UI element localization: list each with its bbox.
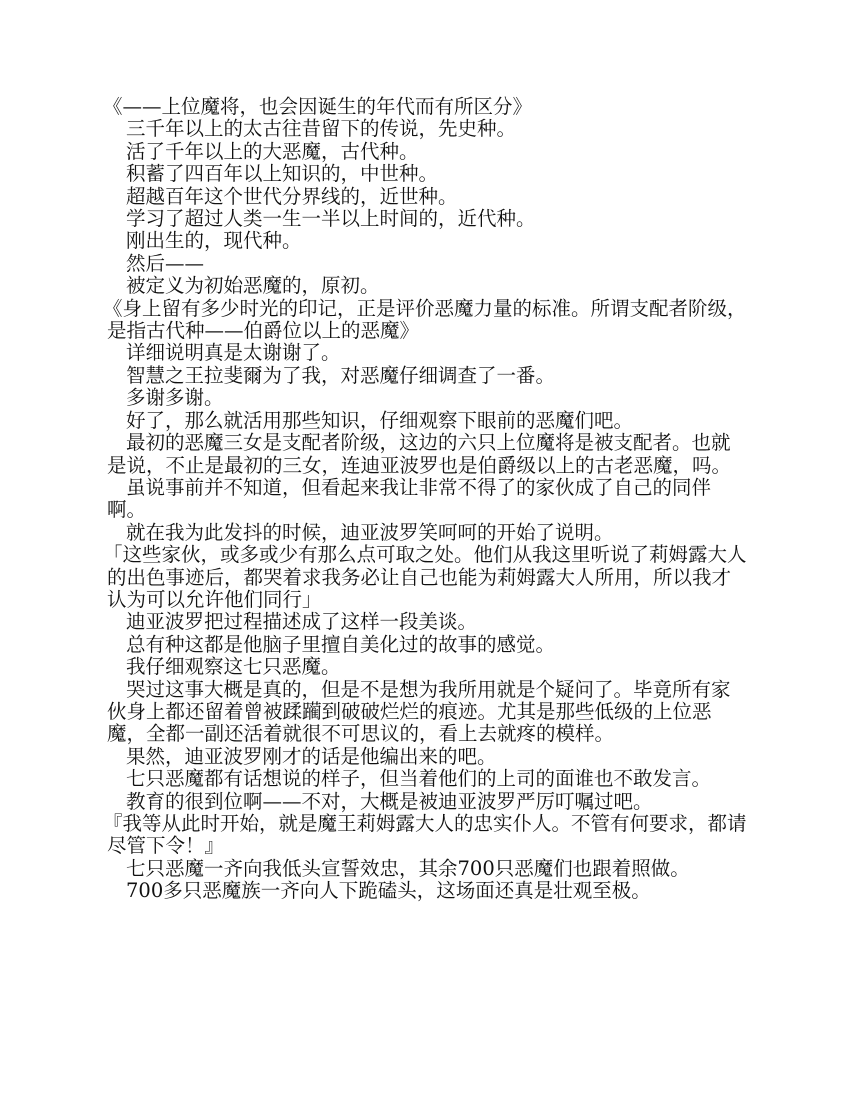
paragraph: 三千年以上的太古往昔留下的传说，先史种。 <box>107 118 747 140</box>
paragraph: 七只恶魔一齐向我低头宣誓效忠，其余700只恶魔们也跟着照做。 <box>107 858 747 880</box>
paragraph: 我仔细观察这七只恶魔。 <box>107 656 747 678</box>
paragraph: 详细说明真是太谢谢了。 <box>107 342 747 364</box>
paragraph: 700多只恶魔族一齐向人下跪磕头，这场面还真是壮观至极。 <box>107 880 747 902</box>
paragraph: 虽说事前并不知道，但看起来我让非常不得了的家伙成了自己的同伴啊。 <box>107 477 747 522</box>
paragraph: 好了，那么就活用那些知识，仔细观察下眼前的恶魔们吧。 <box>107 410 747 432</box>
paragraph: 就在我为此发抖的时候，迪亚波罗笑呵呵的开始了说明。 <box>107 522 747 544</box>
paragraph: 最初的恶魔三女是支配者阶级，这边的六只上位魔将是被支配者。也就是说，不止是最初的… <box>107 432 747 477</box>
paragraph: 被定义为初始恶魔的，原初。 <box>107 275 747 297</box>
paragraph: 迪亚波罗把过程描述成了这样一段美谈。 <box>107 611 747 633</box>
paragraph: 多谢多谢。 <box>107 387 747 409</box>
paragraph: 然后—— <box>107 253 747 275</box>
paragraph: 智慧之王拉斐爾为了我，对恶魔仔细调查了一番。 <box>107 365 747 387</box>
paragraph: 《——上位魔将，也会因诞生的年代而有所区分》 <box>107 96 747 118</box>
paragraph: 《身上留有多少时光的印记，正是评价恶魔力量的标准。所谓支配者阶级，是指古代种——… <box>107 298 747 343</box>
paragraph: 学习了超过人类一生一半以上时间的，近代种。 <box>107 208 747 230</box>
paragraph: 哭过这事大概是真的，但是不是想为我所用就是个疑问了。毕竟所有家伙身上都还留着曾被… <box>107 679 747 746</box>
paragraph: 教育的很到位啊——不对，大概是被迪亚波罗严厉叮嘱过吧。 <box>107 791 747 813</box>
paragraph: 七只恶魔都有话想说的样子，但当着他们的上司的面谁也不敢发言。 <box>107 768 747 790</box>
paragraph: 总有种这都是他脑子里擅自美化过的故事的感觉。 <box>107 634 747 656</box>
paragraph: 「这些家伙，或多或少有那么点可取之处。他们从我这里听说了莉姆露大人的出色事迹后，… <box>107 544 747 611</box>
paragraph: 超越百年这个世代分界线的，近世种。 <box>107 186 747 208</box>
paragraph: 积蓄了四百年以上知识的，中世种。 <box>107 163 747 185</box>
paragraph: 『我等从此时开始，就是魔王莉姆露大人的忠实仆人。不管有何要求，都请尽管下令！』 <box>107 813 747 858</box>
paragraph: 活了千年以上的大恶魔，古代种。 <box>107 141 747 163</box>
paragraph: 果然，迪亚波罗刚才的话是他编出来的吧。 <box>107 746 747 768</box>
paragraph: 刚出生的，现代种。 <box>107 230 747 252</box>
document-page: 《——上位魔将，也会因诞生的年代而有所区分》 三千年以上的太古往昔留下的传说，先… <box>107 96 747 903</box>
